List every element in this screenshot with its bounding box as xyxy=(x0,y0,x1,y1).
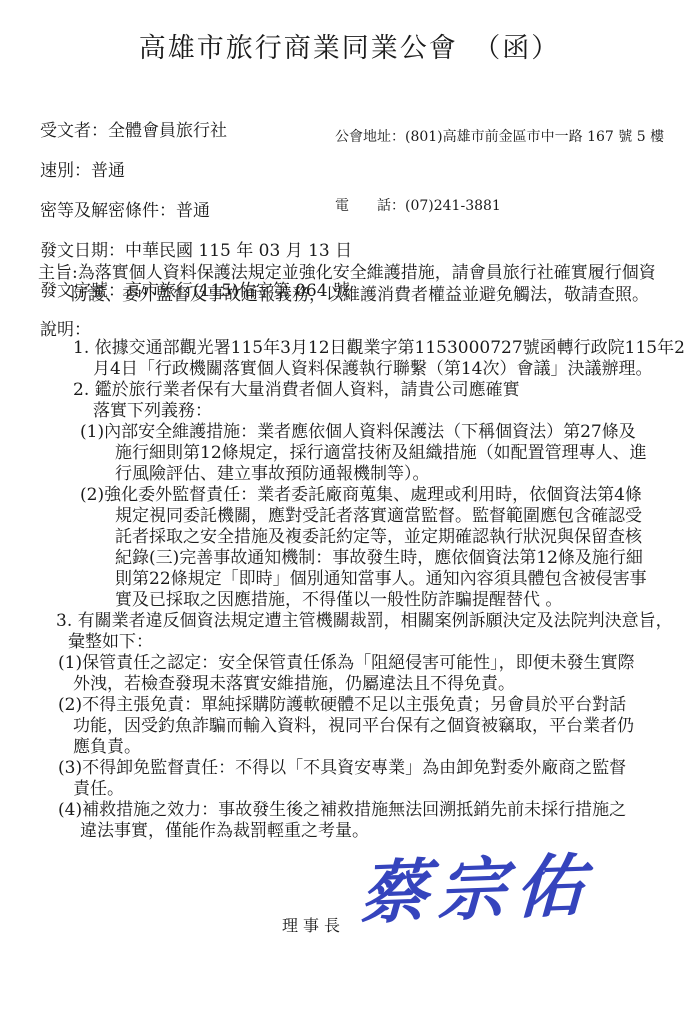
meta-field-line: 密等及解密條件：普通 xyxy=(40,196,352,221)
explanation-line: 託者採取之安全措施及複委託約定等，並定期確認執行狀況與保留查核 xyxy=(40,527,685,548)
chairman-signature: 蔡宗佑 xyxy=(358,832,595,937)
explanation-line: 則第22條規定「即時」個別通知當事人。通知內容須具體包含被侵害事 xyxy=(40,569,685,590)
explanation-line: (1)內部安全維護措施：業者應依個人資料保護法（下稱個資法）第27條及 xyxy=(40,422,685,443)
explanation-line: (2)不得主張免責：單純採購防護軟硬體不足以主張免責；另會員於平台對話 xyxy=(40,695,685,716)
explanation-line: 行風險評估、建立事故預防通報機制等）。 xyxy=(40,464,685,485)
subject-paragraph: 主旨:為落實個人資料保護法規定並強化安全維護措施，請會員旅行社確實履行個資防護、… xyxy=(38,262,656,306)
explanation-line: 應負責。 xyxy=(40,737,685,758)
association-phone: 電 話：(07)241-3881 xyxy=(335,195,664,218)
explanation-line: (2)強化委外監督責任：業者委託廠商蒐集、處理或利用時，依個資法第4條 xyxy=(40,485,685,506)
explanation-line: 施行細則第12條規定，採行適當技術及組織措施（如配置管理專人、進 xyxy=(40,443,685,464)
meta-field-line: 速別：普通 xyxy=(40,156,352,181)
explanation-line: 功能，因受釣魚詐騙而輸入資料，視同平台保有之個資被竊取，平台業者仍 xyxy=(40,716,685,737)
explanation-line: (1)保管責任之認定：安全保管責任係為「阻絕侵害可能性」，即便未發生實際 xyxy=(40,653,685,674)
explanation-line: (3)不得卸免監督責任：不得以「不具資安專業」為由卸免對委外廠商之監督 xyxy=(40,758,685,779)
explanation-line: 彙整如下： xyxy=(40,632,685,653)
explanation-body: 1. 依據交通部觀光署115年3月12日觀業字第1153000727號函轉行政院… xyxy=(40,338,685,842)
explanation-line: 1. 依據交通部觀光署115年3月12日觀業字第1153000727號函轉行政院… xyxy=(40,338,685,359)
explanation-line: 落實下列義務： xyxy=(40,401,685,422)
association-address: 公會地址：(801)高雄市前金區市中一路 167 號 5 樓 xyxy=(335,126,664,149)
subject-line: 防護、委外監督及事故通報義務，以維護消費者權益並避免觸法，敬請查照。 xyxy=(38,284,656,306)
explanation-line: (4)補救措施之效力：事故發生後之補救措施無法回溯抵銷先前未採行措施之 xyxy=(40,800,685,821)
document-title: 高雄市旅行商業同業公會 （函） xyxy=(0,26,699,65)
meta-field-line: 發文日期：中華民國 115 年 03 月 13 日 xyxy=(40,236,352,261)
explanation-line: 實及已採取之因應措施，不得僅以一般性防詐騙提醒替代 。 xyxy=(40,590,685,611)
letterhead-block: 公會地址：(801)高雄市前金區市中一路 167 號 5 樓 電 話：(07)2… xyxy=(335,80,664,264)
explanation-line: 規定視同委託機關，應對受託者落實適當監督。監督範圍應包含確認受 xyxy=(40,506,685,527)
subject-line: 主旨:為落實個人資料保護法規定並強化安全維護措施，請會員旅行社確實履行個資 xyxy=(38,262,656,284)
explanation-line: 3. 有關業者違反個資法規定遭主管機關裁罰，相關案例訴願決定及法院判決意旨， xyxy=(40,611,685,632)
chairman-title-label: 理事長 xyxy=(282,913,345,936)
explanation-heading: 說明： xyxy=(40,315,91,340)
explanation-line: 紀錄(三)完善事故通知機制：事故發生時，應依個資法第12條及施行細 xyxy=(40,548,685,569)
official-letter-page: 高雄市旅行商業同業公會 （函） 公會地址：(801)高雄市前金區市中一路 167… xyxy=(0,0,699,1024)
meta-field-line: 受文者：全體會員旅行社 xyxy=(40,116,352,141)
explanation-line: 外洩，若檢查發現未落實安維措施，仍屬違法且不得免責。 xyxy=(40,674,685,695)
explanation-line: 月4日「行政機關落實個人資料保護執行聯繫（第14次）會議」決議辦理。 xyxy=(40,359,685,380)
explanation-line: 責任。 xyxy=(40,779,685,800)
explanation-line: 2. 鑑於旅行業者保有大量消費者個人資料，請貴公司應確實 xyxy=(40,380,685,401)
